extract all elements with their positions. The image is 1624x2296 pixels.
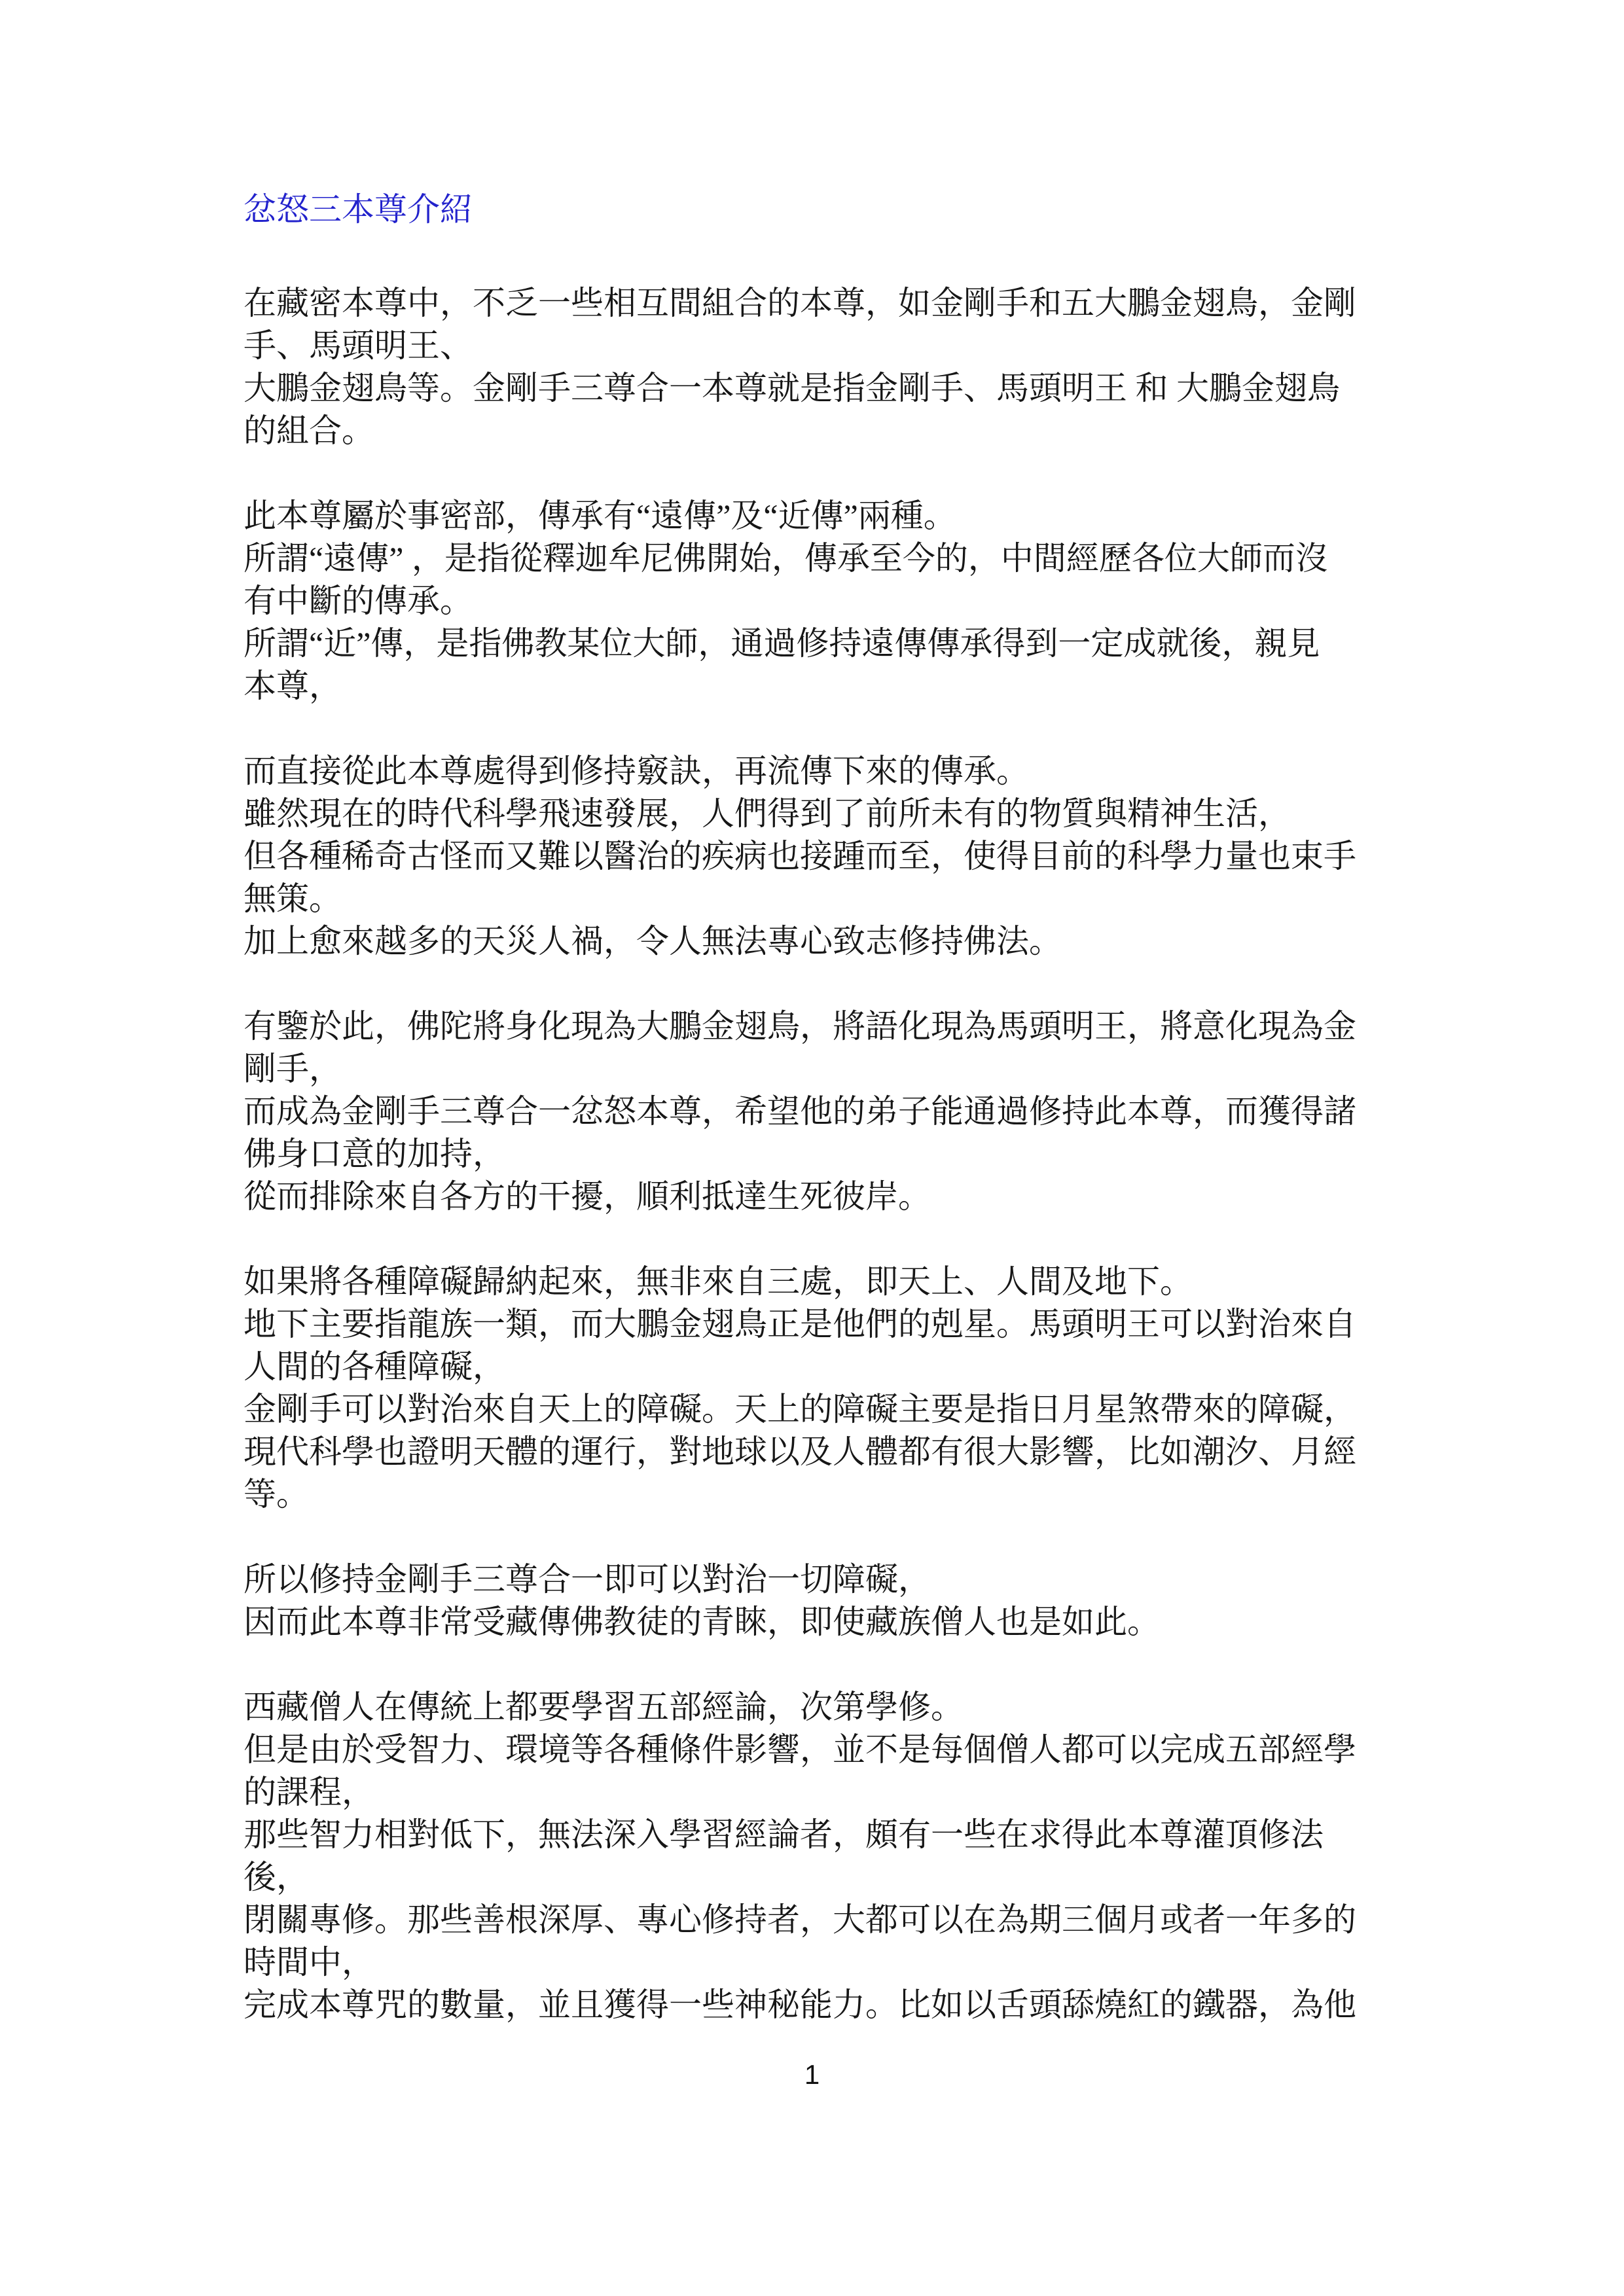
text-line: 從而排除來自各方的干擾，順利抵達生死彼岸。 bbox=[244, 1175, 1396, 1218]
text-line: 雖然現在的時代科學飛速發展，人們得到了前所未有的物質與精神生活， bbox=[244, 793, 1396, 835]
text-line: 如果將各種障礙歸納起來，無非來自三處，即天上、人間及地下。 bbox=[244, 1261, 1396, 1303]
text-line: 等。 bbox=[244, 1473, 1396, 1516]
paragraph-7: 西藏僧人在傳統上都要學習五部經論，次第學修。 但是由於受智力、環境等各種條件影響… bbox=[244, 1686, 1396, 2026]
text-line: 後， bbox=[244, 1856, 1396, 1899]
text-line: 地下主要指龍族一類，而大鵬金翅鳥正是他們的剋星。馬頭明王可以對治來自 bbox=[244, 1303, 1396, 1346]
text-line: 但各種稀奇古怪而又難以醫治的疾病也接踵而至，使得目前的科學力量也束手 bbox=[244, 835, 1396, 878]
paragraph-2: 此本尊屬於事密部，傳承有“遠傳”及“近傳”兩種。 所謂“遠傳” ，是指從釋迦牟尼… bbox=[244, 495, 1396, 708]
text-line: 而成為金剛手三尊合一忿怒本尊，希望他的弟子能通過修持此本尊，而獲得諸 bbox=[244, 1090, 1396, 1133]
text-line: 的組合。 bbox=[244, 410, 1396, 452]
document-title: 忿怒三本尊介紹 bbox=[244, 188, 1396, 231]
page-number: 1 bbox=[0, 2058, 1624, 2091]
text-line: 那些智力相對低下，無法深入學習經論者，頗有一些在求得此本尊灌頂修法 bbox=[244, 1814, 1396, 1856]
text-line: 本尊， bbox=[244, 665, 1396, 708]
text-line: 但是由於受智力、環境等各種條件影響，並不是每個僧人都可以完成五部經學 bbox=[244, 1729, 1396, 1771]
text-line: 閉關專修。那些善根深厚、專心修持者，大都可以在為期三個月或者一年多的 bbox=[244, 1899, 1396, 1941]
paragraph-5: 如果將各種障礙歸納起來，無非來自三處，即天上、人間及地下。 地下主要指龍族一類，… bbox=[244, 1261, 1396, 1516]
text-line: 無策。 bbox=[244, 878, 1396, 920]
text-line: 有中斷的傳承。 bbox=[244, 580, 1396, 622]
text-line: 西藏僧人在傳統上都要學習五部經論，次第學修。 bbox=[244, 1686, 1396, 1729]
paragraph-4: 有鑒於此，佛陀將身化現為大鵬金翅鳥，將語化現為馬頭明王，將意化現為金 剛手， 而… bbox=[244, 1005, 1396, 1218]
text-line: 金剛手可以對治來自天上的障礙。天上的障礙主要是指日月星煞帶來的障礙， bbox=[244, 1388, 1396, 1431]
text-line: 所以修持金剛手三尊合一即可以對治一切障礙， bbox=[244, 1558, 1396, 1601]
text-line: 剛手， bbox=[244, 1048, 1396, 1090]
text-line: 此本尊屬於事密部，傳承有“遠傳”及“近傳”兩種。 bbox=[244, 495, 1396, 537]
text-line: 有鑒於此，佛陀將身化現為大鵬金翅鳥，將語化現為馬頭明王，將意化現為金 bbox=[244, 1005, 1396, 1048]
text-line: 所謂“遠傳” ，是指從釋迦牟尼佛開始，傳承至今的，中間經歷各位大師而沒 bbox=[244, 537, 1396, 580]
paragraph-6: 所以修持金剛手三尊合一即可以對治一切障礙， 因而此本尊非常受藏傳佛教徒的青睞，即… bbox=[244, 1558, 1396, 1643]
text-line: 手、馬頭明王、 bbox=[244, 325, 1396, 367]
text-line: 加上愈來越多的天災人禍，令人無法專心致志修持佛法。 bbox=[244, 920, 1396, 963]
text-line: 佛身口意的加持， bbox=[244, 1133, 1396, 1175]
document-body: 忿怒三本尊介紹 在藏密本尊中，不乏一些相互間組合的本尊，如金剛手和五大鵬金翅鳥，… bbox=[244, 188, 1396, 2026]
text-line: 因而此本尊非常受藏傳佛教徒的青睞，即使藏族僧人也是如此。 bbox=[244, 1601, 1396, 1643]
text-line: 所謂“近”傳，是指佛教某位大師，通過修持遠傳傳承得到一定成就後，親見 bbox=[244, 622, 1396, 665]
text-line: 完成本尊咒的數量，並且獲得一些神秘能力。比如以舌頭舔燒紅的鐵器，為他 bbox=[244, 1984, 1396, 2026]
page: 忿怒三本尊介紹 在藏密本尊中，不乏一些相互間組合的本尊，如金剛手和五大鵬金翅鳥，… bbox=[0, 0, 1624, 2296]
text-line: 的課程， bbox=[244, 1771, 1396, 1814]
text-line: 時間中， bbox=[244, 1941, 1396, 1984]
paragraph-3: 而直接從此本尊處得到修持竅訣，再流傳下來的傳承。 雖然現在的時代科學飛速發展，人… bbox=[244, 750, 1396, 963]
text-line: 大鵬金翅鳥等。金剛手三尊合一本尊就是指金剛手、馬頭明王 和 大鵬金翅鳥 bbox=[244, 367, 1396, 410]
text-line: 而直接從此本尊處得到修持竅訣，再流傳下來的傳承。 bbox=[244, 750, 1396, 793]
text-line: 在藏密本尊中，不乏一些相互間組合的本尊，如金剛手和五大鵬金翅鳥，金剛 bbox=[244, 282, 1396, 325]
paragraph-1: 在藏密本尊中，不乏一些相互間組合的本尊，如金剛手和五大鵬金翅鳥，金剛 手、馬頭明… bbox=[244, 282, 1396, 452]
text-line: 人間的各種障礙， bbox=[244, 1346, 1396, 1388]
text-line: 現代科學也證明天體的運行，對地球以及人體都有很大影響，比如潮汐、月經 bbox=[244, 1431, 1396, 1473]
